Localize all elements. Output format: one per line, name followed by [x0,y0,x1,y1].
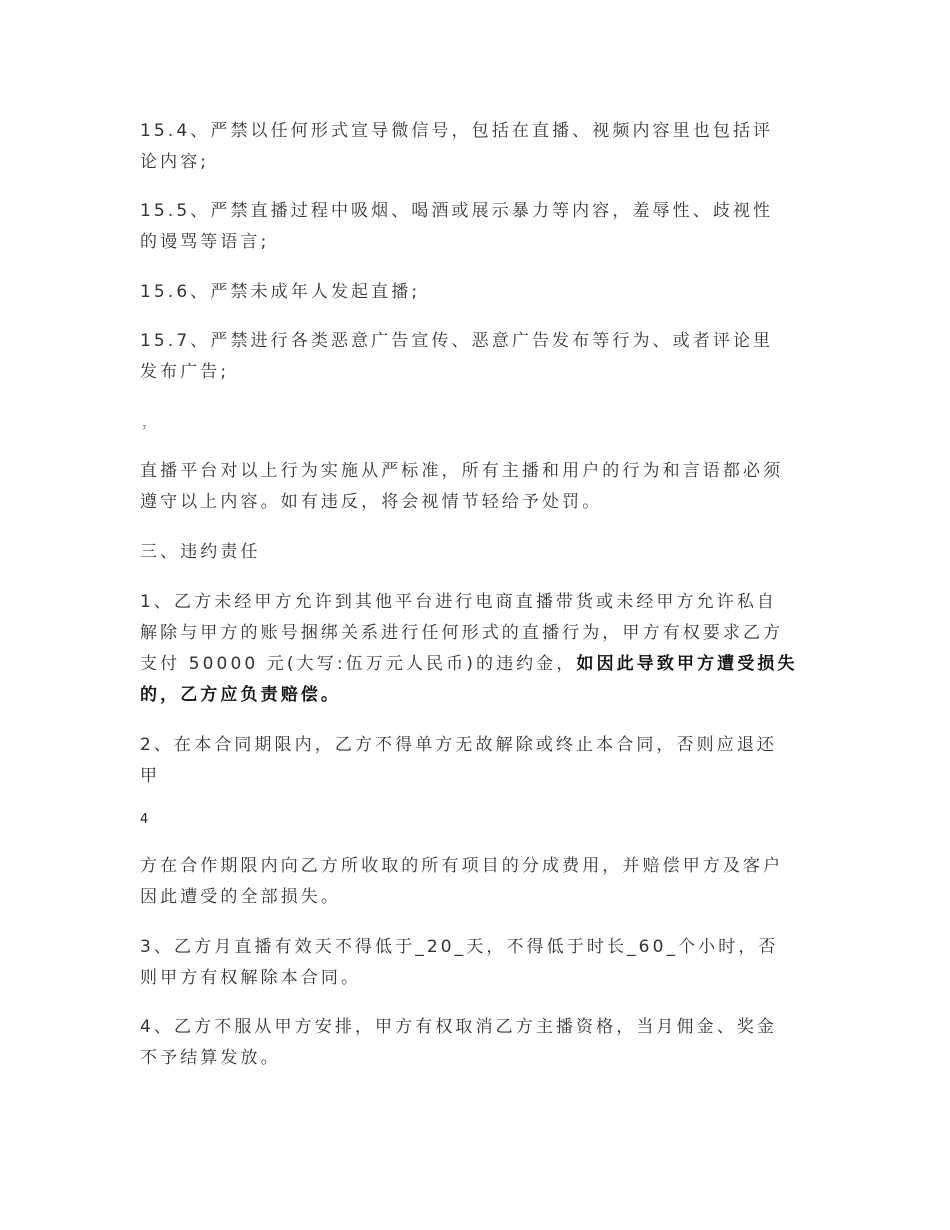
clause-15-4: 15.4、严禁以任何形式宣导微信号，包括在直播、视频内容里也包括评 论内容; [140,116,820,178]
text-line: 甲 [140,761,820,792]
clause-15-7: 15.7、严禁进行各类恶意广告宣传、恶意广告发布等行为、或者评论里 发布广告; [140,326,820,388]
text-line: 15.6、严禁未成年人发起直播; [140,277,820,308]
item-4: 4、乙方不服从甲方安排，甲方有权取消乙方主播资格，当月佣金、奖金 不予结算发放。 [140,1012,820,1074]
clause-15-5: 15.5、严禁直播过程中吸烟、喝酒或展示暴力等内容，羞辱性、歧视性 的谩骂等语言… [140,196,820,258]
clause-15-6: 15.6、严禁未成年人发起直播; [140,277,820,308]
text-line: 论内容; [140,147,820,178]
item-3: 3、乙方月直播有效天不得低于_20_天，不得低于时长_60_个小时，否 则甲方有… [140,932,820,994]
platform-statement: 直播平台对以上行为实施从严标准，所有主播和用户的行为和言语都必须 遵守以上内容。… [140,456,820,518]
text-line: 方在合作期限内向乙方所收取的所有项目的分成费用，并赔偿甲方及客户 [140,851,820,882]
text-line: 的谩骂等语言; [140,227,820,258]
text-line: 4、乙方不服从甲方安排，甲方有权取消乙方主播资格，当月佣金、奖金 [140,1012,820,1043]
text-line: 15.7、严禁进行各类恶意广告宣传、恶意广告发布等行为、或者评论里 [140,326,820,357]
text-line: 1、乙方未经甲方允许到其他平台进行电商直播带货或未经甲方允许私自 [140,587,820,618]
section-heading-breach-liability: 三、违约责任 [140,537,820,568]
text-line: 遵守以上内容。如有违反，将会视情节轻给予处罚。 [140,487,820,518]
page-number: 4 [140,812,148,827]
text-line: 3、乙方月直播有效天不得低于_20_天，不得低于时长_60_个小时，否 [140,932,820,963]
footnote-marker: 7 [142,424,146,432]
bold-liability-text: 的，乙方应负责赔偿。 [140,680,820,711]
text-line: 直播平台对以上行为实施从严标准，所有主播和用户的行为和言语都必须 [140,456,820,487]
text-line: 三、违约责任 [140,537,820,568]
text-line: 不予结算发放。 [140,1043,820,1074]
item-2-continued: 方在合作期限内向乙方所收取的所有项目的分成费用，并赔偿甲方及客户 因此遭受的全部… [140,851,820,913]
text-line: 15.5、严禁直播过程中吸烟、喝酒或展示暴力等内容，羞辱性、歧视性 [140,196,820,227]
document-page: 15.4、严禁以任何形式宣导微信号，包括在直播、视频内容里也包括评 论内容; 1… [0,0,950,1230]
text-line: 发布广告; [140,357,820,388]
text-line: 2、在本合同期限内，乙方不得单方无故解除或终止本合同，否则应退还 [140,730,820,761]
penalty-text: 支付 50000 元(大写:伍万元人民币)的违约金， [140,654,576,674]
text-line: 解除与甲方的账号捆绑关系进行任何形式的直播行为，甲方有权要求乙方 [140,618,820,649]
item-2: 2、在本合同期限内，乙方不得单方无故解除或终止本合同，否则应退还 甲 [140,730,820,792]
text-line: 15.4、严禁以任何形式宣导微信号，包括在直播、视频内容里也包括评 [140,116,820,147]
item-1: 1、乙方未经甲方允许到其他平台进行电商直播带货或未经甲方允许私自 解除与甲方的账… [140,587,820,711]
text-line: 支付 50000 元(大写:伍万元人民币)的违约金，如因此导致甲方遭受损失 [140,649,820,680]
text-line: 则甲方有权解除本合同。 [140,963,820,994]
text-line: 因此遭受的全部损失。 [140,882,820,913]
bold-liability-text: 如因此导致甲方遭受损失 [576,654,797,674]
